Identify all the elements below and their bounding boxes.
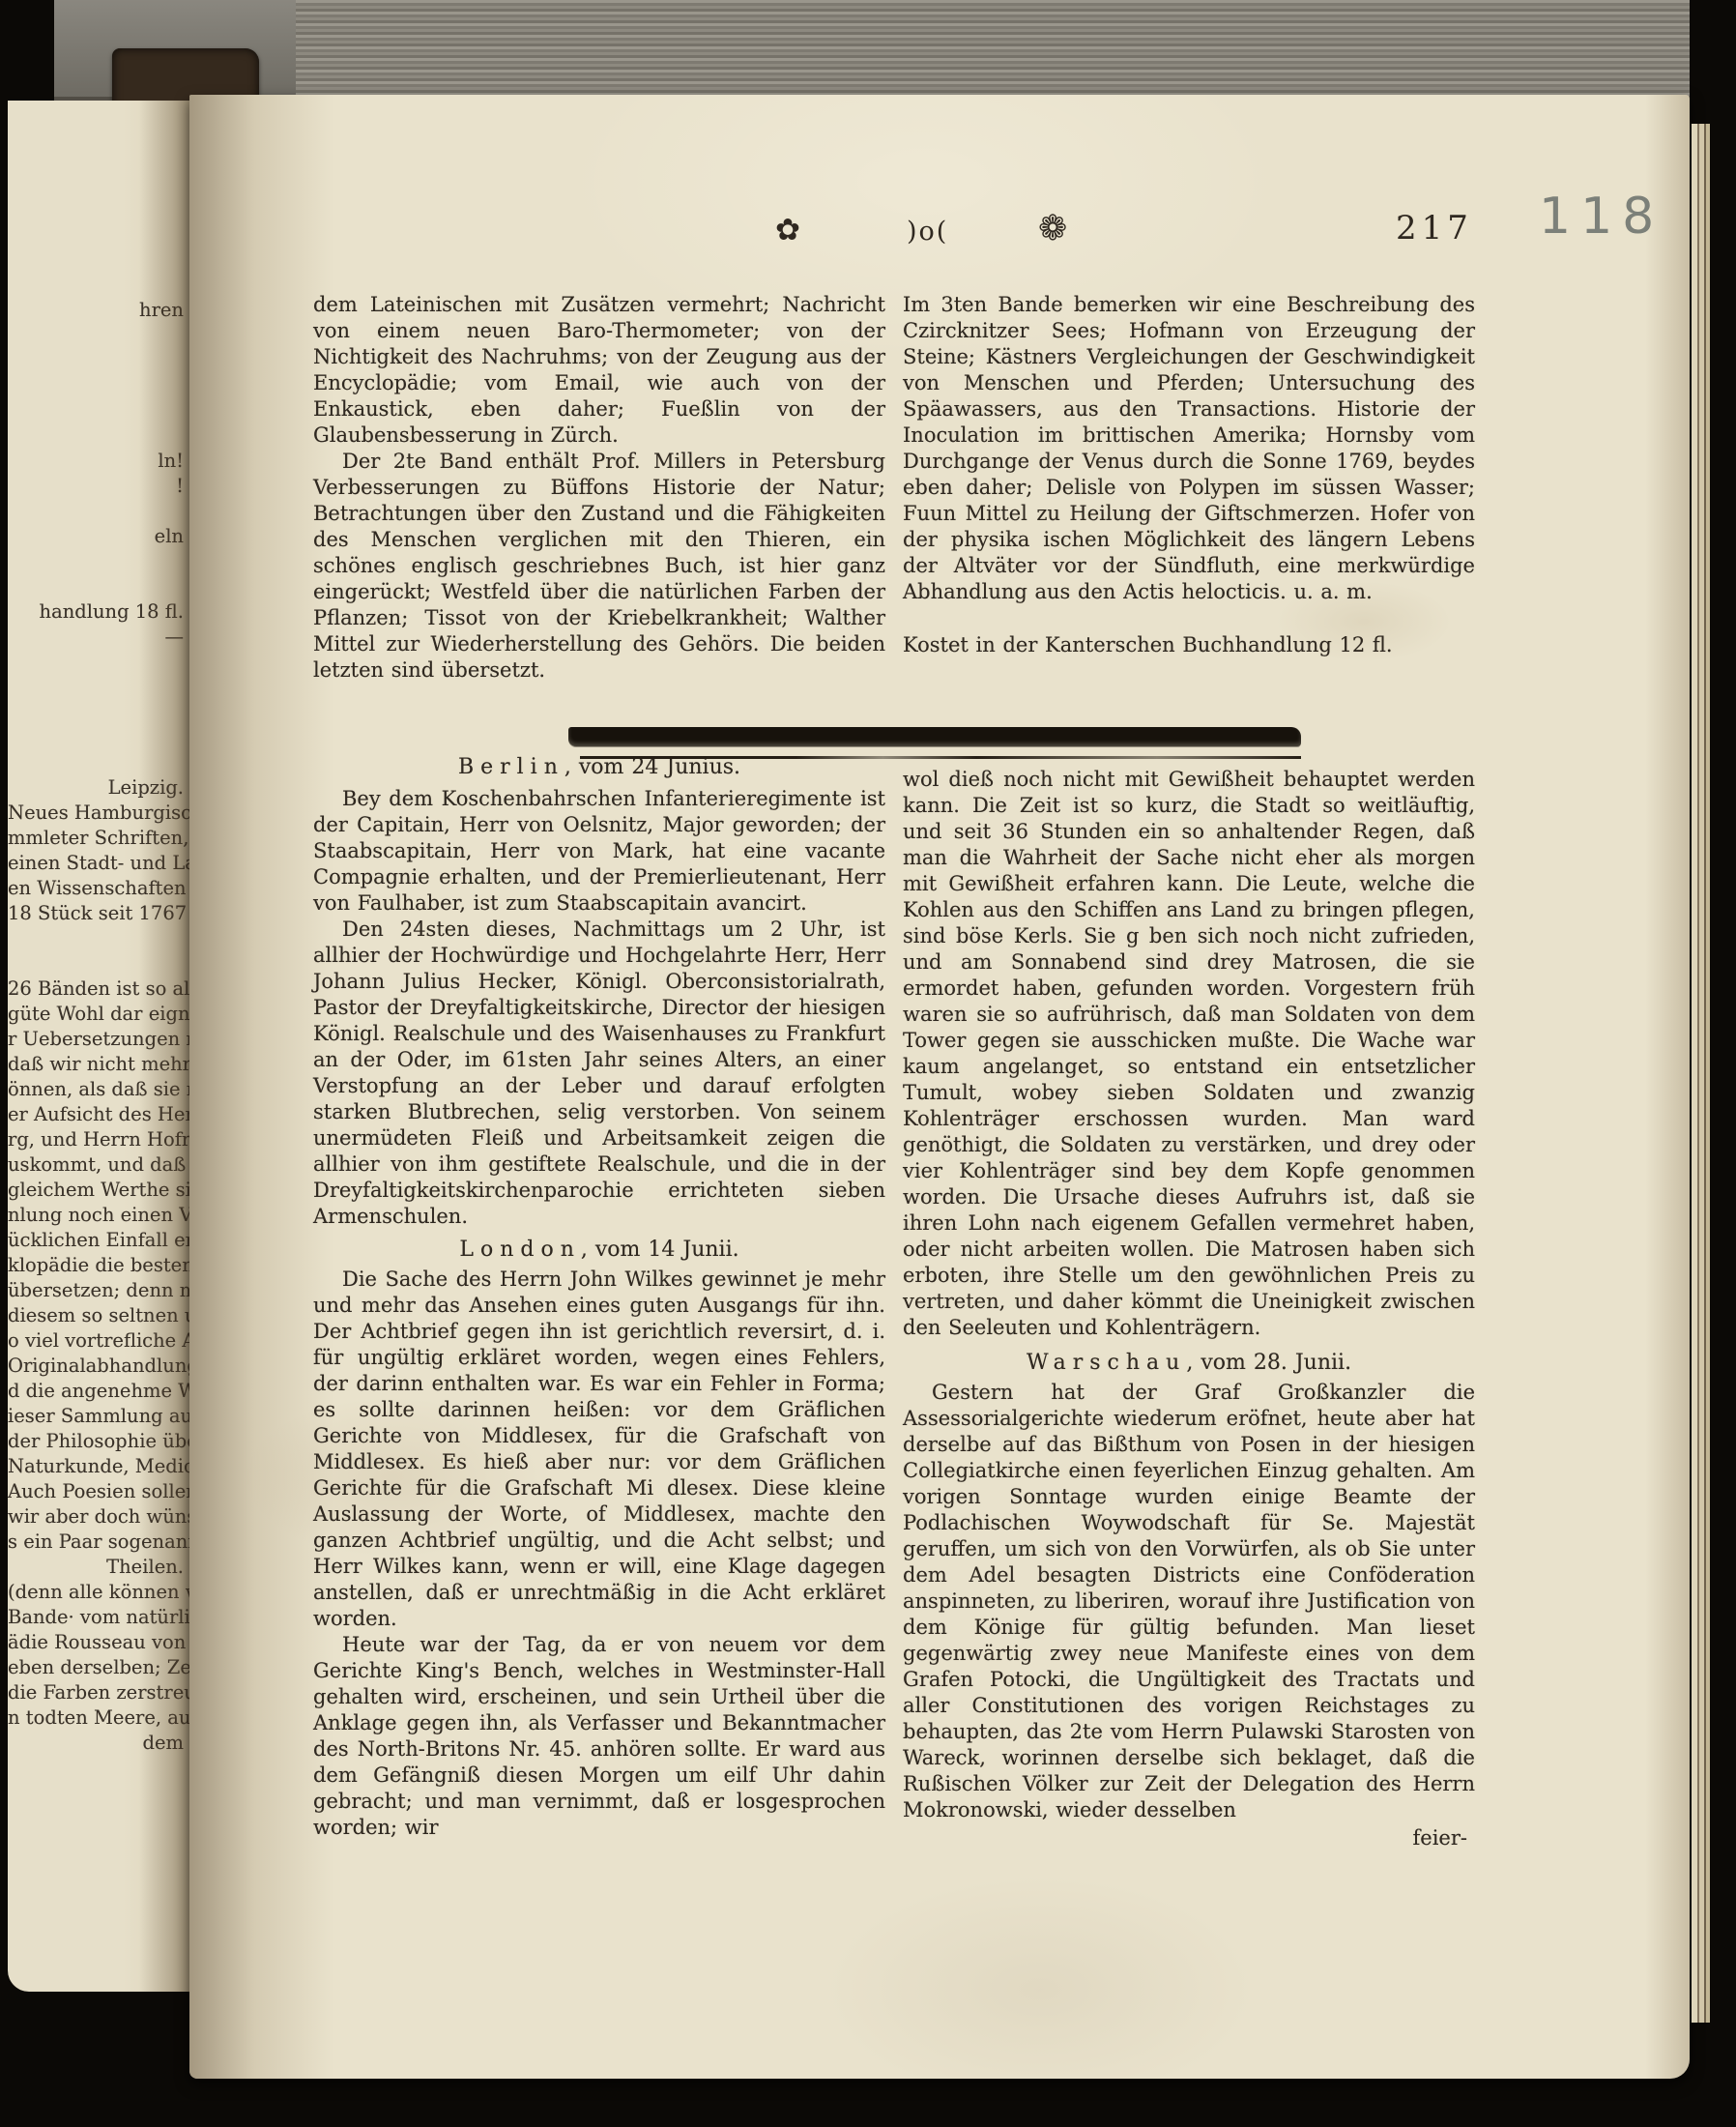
left-page-fragment: die Farben zerstreuen;: [8, 1680, 184, 1705]
heading-date: , vom 14 Junii.: [581, 1238, 739, 1262]
paragraph-berlin-regiment: Bey dem Koschenbahrschen Infanterieregim…: [313, 786, 885, 917]
left-page-fragment: !: [8, 474, 184, 499]
left-page-fragment: 18 Stück seit 1767 er-: [8, 901, 184, 926]
left-page-fragment: daß wir nicht mehr zum: [8, 1052, 184, 1077]
header-center-mark: )o(: [907, 217, 948, 247]
left-page-fragment: n todten Meere, aus: [8, 1705, 184, 1731]
left-page-fragment: [8, 398, 184, 423]
left-page-fragment: rg, und Herrn Hofrath: [8, 1127, 184, 1152]
paragraph-reviews-continuation: dem Lateinischen mit Zusätzen vermehrt; …: [313, 292, 885, 449]
left-page-fragment: önnen, als daß sie nach: [8, 1077, 184, 1102]
left-page-fragment: [8, 725, 184, 750]
price-line: Kostet in der Kanterschen Buchhandlung 1…: [903, 632, 1475, 658]
left-page-fragment: er Aufsicht des Herrn: [8, 1102, 184, 1127]
main-page: ✿ )o( ❁ 217 118 dem Lateinischen mit Zus…: [189, 95, 1690, 2079]
left-page-fragment: [8, 574, 184, 599]
foliation-stamp: 118: [1539, 188, 1664, 246]
paragraph-london-continuation: wol dieß noch nicht mit Gewißheit behaup…: [903, 767, 1475, 1341]
left-page-fragment: Neues Hamburgisches: [8, 801, 184, 826]
paragraph-london-wilkes: Die Sache des Herrn John Wilkes gewinnet…: [313, 1267, 885, 1632]
left-page-fragment: [8, 750, 184, 775]
right-column: Im 3ten Bande bemerken wir eine Beschrei…: [903, 292, 1475, 1851]
left-page-fragment: r Uebersetzungen merk-: [8, 1027, 184, 1052]
paragraph-third-volume: Im 3ten Bande bemerken wir eine Beschrei…: [903, 292, 1475, 605]
page-edge-stack: [1690, 124, 1730, 2023]
left-page-fragment: o viel vortrefliche Ar-: [8, 1328, 184, 1354]
heading-date: , vom 28. Junii.: [1186, 1351, 1351, 1375]
left-page-text-fragments: hrenln!!elnhandlung 18 fl.—Leipzig.Neues…: [8, 298, 184, 1756]
left-page-fragment: [8, 675, 184, 700]
left-page-fragment: [8, 926, 184, 951]
heading-city: London: [459, 1238, 581, 1262]
heading-london: London, vom 14 Junii.: [313, 1236, 885, 1265]
left-page-fragment: nlung noch einen Vor-: [8, 1203, 184, 1228]
paragraph-london-kingsbench: Heute war der Tag, da er von neuem vor d…: [313, 1632, 885, 1841]
left-page-fragment: [8, 951, 184, 976]
left-page-fragment: diesem so seltnen und: [8, 1303, 184, 1328]
left-page-fragment: s ein Paar sogenannte: [8, 1530, 184, 1555]
left-page-fragment: 26 Bänden ist so all-: [8, 976, 184, 1002]
paragraph-berlin-hecker: Den 24sten dieses, Nachmittags um 2 Uhr,…: [313, 917, 885, 1230]
book-photo: hrenln!!elnhandlung 18 fl.—Leipzig.Neues…: [0, 0, 1736, 2127]
left-page-fragment: [8, 323, 184, 348]
left-page-fragment: en Wissenschaften über-: [8, 876, 184, 901]
left-page-fragment: übersetzen; denn man: [8, 1278, 184, 1303]
left-page-fragment: Auch Poesien sollen: [8, 1479, 184, 1504]
left-page-fragment: wir aber doch wünsch-: [8, 1504, 184, 1530]
left-page-sliver: hrenln!!elnhandlung 18 fl.—Leipzig.Neues…: [8, 101, 201, 1992]
left-page-fragment: d die angenehme Wis-: [8, 1379, 184, 1404]
paragraph-second-volume: Der 2te Band enthält Prof. Millers in Pe…: [313, 449, 885, 684]
left-page-fragment: Theilen.: [8, 1555, 184, 1580]
heading-city: Berlin: [458, 755, 564, 779]
left-page-fragment: mmleter Schriften, aus: [8, 826, 184, 851]
left-page-fragment: [8, 499, 184, 524]
left-page-fragment: ln!: [8, 449, 184, 474]
shell-ornament-icon: ✿: [775, 213, 800, 248]
left-page-fragment: handlung 18 fl.: [8, 599, 184, 625]
left-page-fragment: [8, 700, 184, 725]
left-page-fragment: [8, 348, 184, 373]
left-page-fragment: Originalabhandlungen: [8, 1354, 184, 1379]
heading-warschau: Warschau, vom 28. Junii.: [903, 1349, 1475, 1378]
left-page-fragment: klopädie die besten Ar-: [8, 1253, 184, 1278]
left-page-fragment: [8, 650, 184, 675]
left-page-fragment: [8, 549, 184, 574]
left-page-fragment: Naturkunde, Medicin: [8, 1454, 184, 1479]
left-column: dem Lateinischen mit Zusätzen vermehrt; …: [313, 292, 885, 1841]
heading-city: Warschau: [1027, 1351, 1186, 1375]
left-page-fragment: güte Wohl dar eignen: [8, 1002, 184, 1027]
left-page-fragment: eben derselben; Zei-: [8, 1655, 184, 1680]
flower-ornament-icon: ❁: [1038, 209, 1067, 248]
left-page-fragment: der Philosophie über-: [8, 1429, 184, 1454]
left-page-fragment: dem: [8, 1731, 184, 1756]
left-page-fragment: —: [8, 625, 184, 650]
fore-edge-shadow: [1645, 95, 1690, 2079]
left-page-fragment: (denn alle können wir: [8, 1580, 184, 1605]
catchword: feier-: [903, 1825, 1475, 1851]
left-page-fragment: eln: [8, 524, 184, 549]
left-page-fragment: ücklichen Einfall erhal-: [8, 1228, 184, 1253]
left-page-fragment: uskommt, und daß die: [8, 1152, 184, 1178]
left-page-fragment: [8, 373, 184, 398]
paragraph-warschau: Gestern hat der Graf Großkanzler die Ass…: [903, 1380, 1475, 1823]
left-page-fragment: ädie Rousseau von: [8, 1630, 184, 1655]
left-page-fragment: einen Stadt- und Land-: [8, 851, 184, 876]
left-page-fragment: gleichem Werthe sind.: [8, 1178, 184, 1203]
page-number: 217: [1396, 209, 1473, 248]
book-top-edges: [54, 0, 1690, 103]
left-page-fragment: ieser Sammlung aus-: [8, 1404, 184, 1429]
left-page-fragment: [8, 423, 184, 449]
left-page-fragment: hren: [8, 298, 184, 323]
left-page-fragment: Bande· vom natürli-: [8, 1605, 184, 1630]
left-page-fragment: Leipzig.: [8, 775, 184, 801]
